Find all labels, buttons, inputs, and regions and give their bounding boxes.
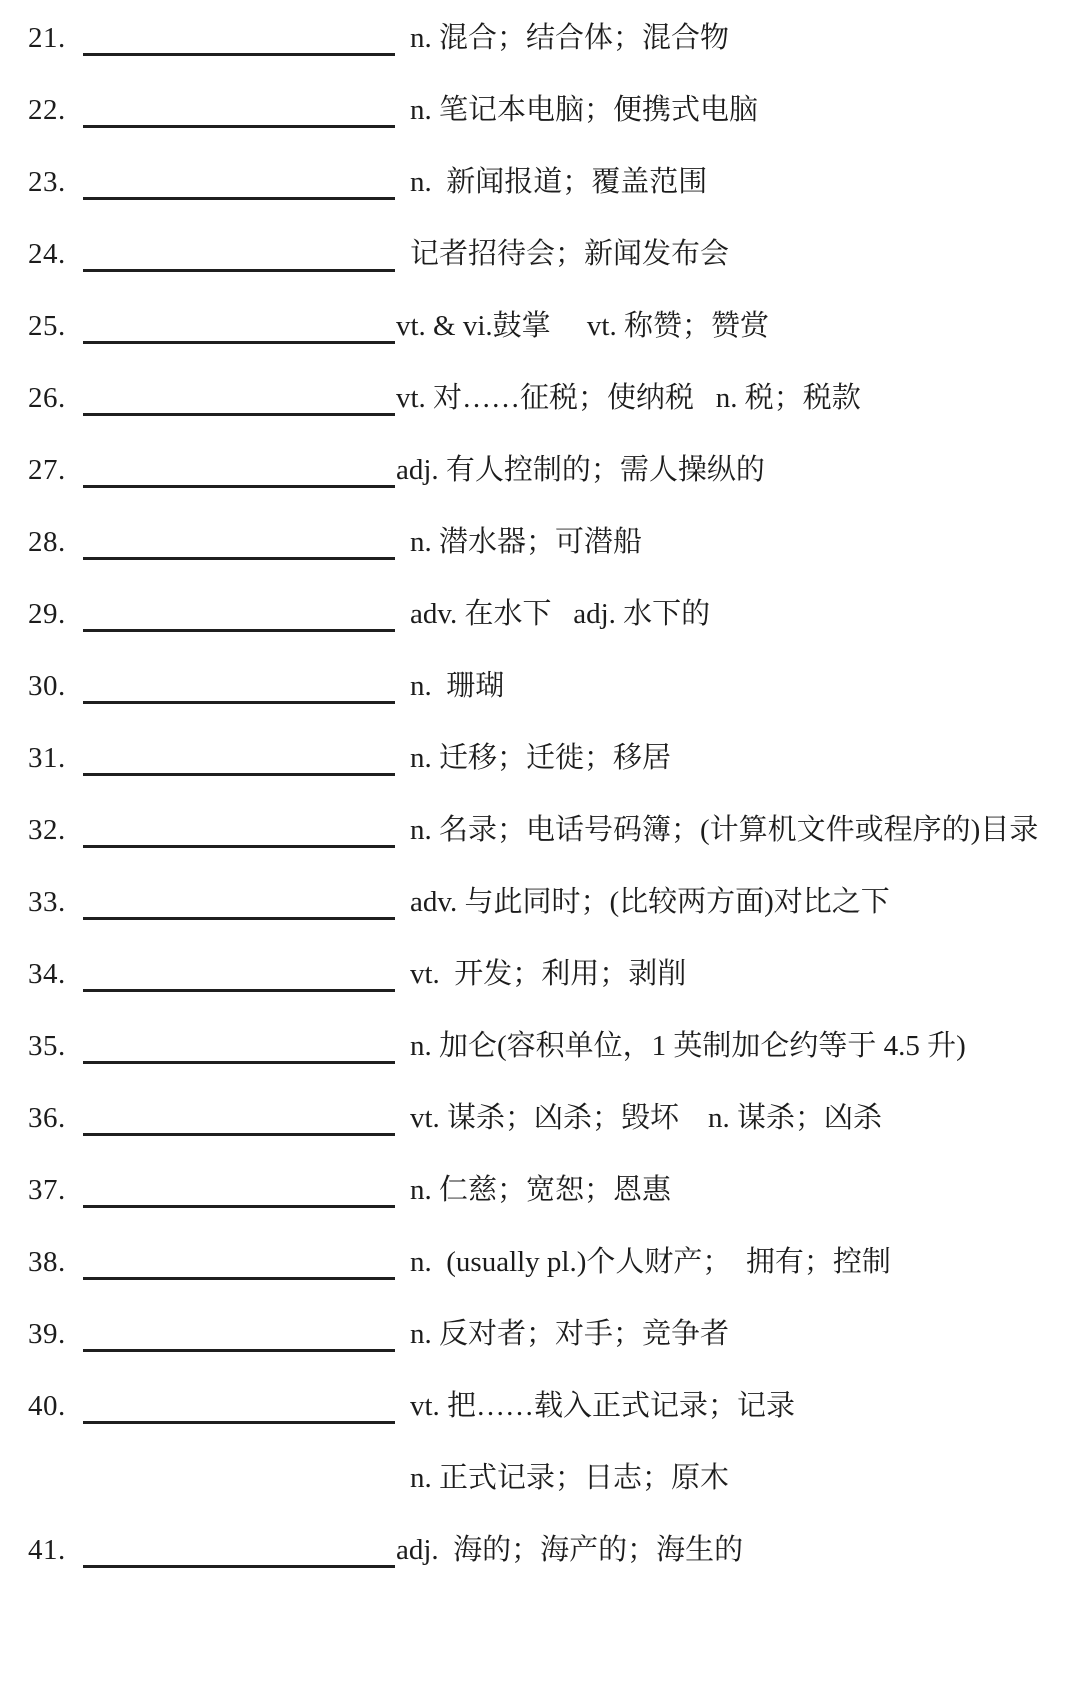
fill-in-blank: [83, 1082, 395, 1154]
fill-in-blank: [83, 650, 395, 722]
blank-underline: [83, 701, 395, 704]
item-definition: n. (usually pl.)个人财产； 拥有；控制: [410, 1248, 891, 1277]
item-number: 26.: [28, 384, 83, 413]
list-item: 28. n. 潜水器；可潜船: [0, 506, 1080, 578]
item-definition: n. 新闻报道；覆盖范围: [410, 168, 707, 197]
item-number: 34.: [28, 960, 83, 989]
item-number: 28.: [28, 528, 83, 557]
item-number: 35.: [28, 1032, 83, 1061]
blank-underline: [83, 629, 395, 632]
fill-in-blank: [83, 1370, 395, 1442]
item-definition: n. 仁慈；宽恕；恩惠: [410, 1176, 671, 1205]
blank-underline: [83, 989, 395, 992]
item-definition: n. 反对者；对手；竞争者: [410, 1320, 729, 1349]
fill-in-blank: [83, 722, 395, 794]
fill-in-blank: [83, 74, 395, 146]
blank-underline: [83, 1205, 395, 1208]
item-number: 27.: [28, 456, 83, 485]
item-definition: n. 名录；电话号码簿；(计算机文件或程序的)目录: [410, 816, 1038, 845]
item-definition: adj. 有人控制的；需人操纵的: [396, 456, 765, 485]
fill-in-blank: [83, 1010, 395, 1082]
blank-underline: [83, 1133, 395, 1136]
item-definition: n. 珊瑚: [410, 672, 504, 701]
blank-underline: [83, 269, 395, 272]
fill-in-blank: [83, 794, 395, 866]
fill-in-blank: [83, 1154, 395, 1226]
fill-in-blank: [83, 218, 395, 290]
list-item: 38. n. (usually pl.)个人财产； 拥有；控制: [0, 1226, 1080, 1298]
item-definition: n. 潜水器；可潜船: [410, 528, 642, 557]
item-number: 32.: [28, 816, 83, 845]
list-item: 23. n. 新闻报道；覆盖范围: [0, 146, 1080, 218]
item-definition: vt. 开发；利用；剥削: [410, 960, 686, 989]
item-number: 41.: [28, 1536, 83, 1565]
blank-underline: [83, 53, 395, 56]
blank-underline: [83, 125, 395, 128]
list-item: 37. n. 仁慈；宽恕；恩惠: [0, 1154, 1080, 1226]
blank-underline: [83, 197, 395, 200]
blank-underline: [83, 917, 395, 920]
vocabulary-worksheet: 21. n. 混合；结合体；混合物 22. n. 笔记本电脑；便携式电脑 23.…: [0, 0, 1080, 1697]
item-definition: n. 正式记录；日志；原木: [410, 1464, 729, 1493]
item-number: 39.: [28, 1320, 83, 1349]
list-item: 25. vt. & vi.鼓掌 vt. 称赞；赞赏: [0, 290, 1080, 362]
fill-in-blank: [83, 146, 395, 218]
item-definition: n. 混合；结合体；混合物: [410, 24, 729, 53]
list-item: 27. adj. 有人控制的；需人操纵的: [0, 434, 1080, 506]
list-item: 30. n. 珊瑚: [0, 650, 1080, 722]
item-number: 24.: [28, 240, 83, 269]
fill-in-blank: [83, 290, 395, 362]
fill-in-blank: [83, 1442, 395, 1514]
fill-in-blank: [83, 866, 395, 938]
item-definition: vt. 对……征税；使纳税 n. 税；税款: [396, 384, 861, 413]
item-number: 38.: [28, 1248, 83, 1277]
fill-in-blank: [83, 1514, 395, 1586]
list-item: 26. vt. 对……征税；使纳税 n. 税；税款: [0, 362, 1080, 434]
blank-underline: [83, 1565, 395, 1568]
fill-in-blank: [83, 1226, 395, 1298]
list-item: 39. n. 反对者；对手；竞争者: [0, 1298, 1080, 1370]
item-definition: adj. 海的；海产的；海生的: [396, 1536, 743, 1565]
fill-in-blank: [83, 938, 395, 1010]
list-item: 32. n. 名录；电话号码簿；(计算机文件或程序的)目录: [0, 794, 1080, 866]
item-definition: n. 加仑(容积单位，1 英制加仑约等于 4.5 升): [410, 1032, 966, 1061]
item-number: 33.: [28, 888, 83, 917]
item-definition: vt. 谋杀；凶杀；毁坏 n. 谋杀；凶杀: [410, 1104, 882, 1133]
item-definition: adv. 与此同时；(比较两方面)对比之下: [410, 888, 890, 917]
list-item: 41. adj. 海的；海产的；海生的: [0, 1514, 1080, 1586]
item-number: 30.: [28, 672, 83, 701]
list-item: 24. 记者招待会；新闻发布会: [0, 218, 1080, 290]
blank-underline: [83, 1349, 395, 1352]
item-definition: n. 笔记本电脑；便携式电脑: [410, 96, 758, 125]
blank-underline: [83, 1061, 395, 1064]
item-number: 37.: [28, 1176, 83, 1205]
blank-underline: [83, 1421, 395, 1424]
fill-in-blank: [83, 1298, 395, 1370]
blank-underline: [83, 485, 395, 488]
item-number: 22.: [28, 96, 83, 125]
fill-in-blank: [83, 506, 395, 578]
list-item: 35. n. 加仑(容积单位，1 英制加仑约等于 4.5 升): [0, 1010, 1080, 1082]
fill-in-blank: [83, 578, 395, 650]
fill-in-blank: [83, 362, 395, 434]
item-definition: n. 迁移；迁徙；移居: [410, 744, 671, 773]
list-item: 34. vt. 开发；利用；剥削: [0, 938, 1080, 1010]
item-number: 25.: [28, 312, 83, 341]
blank-underline: [83, 845, 395, 848]
item-definition: 记者招待会；新闻发布会: [410, 240, 729, 269]
item-number: 40.: [28, 1392, 83, 1421]
blank-underline: [83, 773, 395, 776]
fill-in-blank: [83, 434, 395, 506]
item-definition: vt. 把……载入正式记录；记录: [410, 1392, 795, 1421]
item-number: 31.: [28, 744, 83, 773]
list-item: 22. n. 笔记本电脑；便携式电脑: [0, 74, 1080, 146]
blank-underline: [83, 413, 395, 416]
list-item: 40. vt. 把……载入正式记录；记录: [0, 1370, 1080, 1442]
item-number: 21.: [28, 24, 83, 53]
list-item: n. 正式记录；日志；原木: [0, 1442, 1080, 1514]
blank-underline: [83, 1277, 395, 1280]
list-item: 21. n. 混合；结合体；混合物: [0, 2, 1080, 74]
item-number: 36.: [28, 1104, 83, 1133]
fill-in-blank: [83, 2, 395, 74]
list-item: 31. n. 迁移；迁徙；移居: [0, 722, 1080, 794]
item-definition: adv. 在水下 adj. 水下的: [410, 600, 710, 629]
item-number: 29.: [28, 600, 83, 629]
blank-underline: [83, 557, 395, 560]
item-number: 23.: [28, 168, 83, 197]
list-item: 36. vt. 谋杀；凶杀；毁坏 n. 谋杀；凶杀: [0, 1082, 1080, 1154]
blank-underline: [83, 341, 395, 344]
item-definition: vt. & vi.鼓掌 vt. 称赞；赞赏: [396, 312, 769, 341]
list-item: 29. adv. 在水下 adj. 水下的: [0, 578, 1080, 650]
list-item: 33. adv. 与此同时；(比较两方面)对比之下: [0, 866, 1080, 938]
